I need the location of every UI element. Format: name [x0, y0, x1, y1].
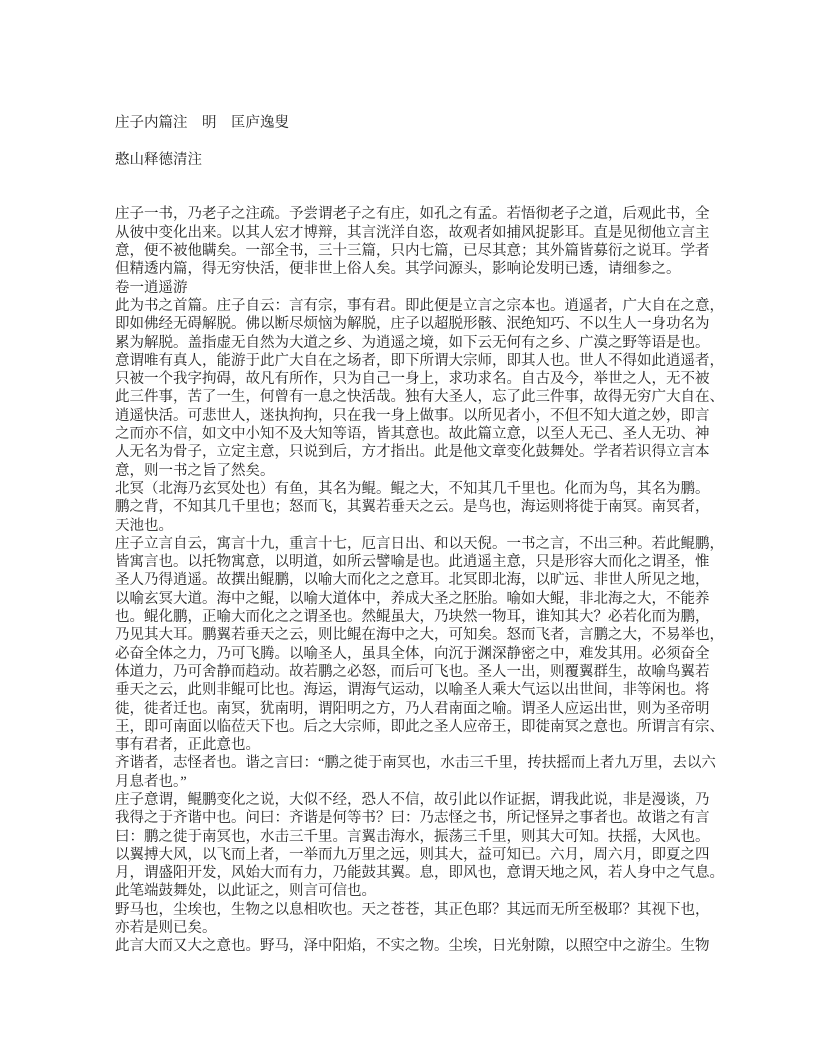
text-line-p5-l7: 体道力，乃可舍静而趋动。故若鹏之必怒，而后可飞也。圣人一出，则覆翼群生，故喻鸟翼… [115, 663, 715, 681]
document-page: 庄子内篇注 明 匡庐逸叟 憨山释德清注 庄子一书，乃老子之注疏。予尝谓老子之有庄… [0, 0, 816, 1056]
text-line-p5-l2: 圣人乃得逍遥。故撰出鲲鹏，以喻大而化之之意耳。北冥即北海，以旷远、非世人所见之地… [115, 571, 715, 589]
text-line-p5-l3: 以喻玄冥大道。海中之鲲，以喻大道体中，养成大圣之胚胎。喻如大鲲，非北海之大，不能… [115, 590, 715, 608]
text-line-p5-l0: 庄子立言自云，寓言十九，重言十七，厄言日出、和以天倪。一书之言，不出三种。若此鲲… [115, 535, 715, 553]
text-line-p5-l6: 必奋全体之力，乃可飞腾。以喻圣人，虽具全体，向沉于渊深静密之中，难发其用。必须奋… [115, 645, 715, 663]
blank-line [115, 132, 715, 150]
text-line-p3-l6: 意，则一书之旨了然矣。 [115, 462, 715, 480]
text-line-p5-l10: 王，即可南面以临莅天下也。后之大宗师，即此之圣人应帝王，即徙南冥之意也。所谓言有… [115, 718, 715, 736]
text-line-p1-l0: 卷一逍遥游 [115, 279, 715, 297]
text-line-p4-l2: 天池也。 [115, 517, 715, 535]
text-line-p7-l0: 庄子意谓，鲲鹏变化之说，大似不经，恐人不信，故引此以作证据，谓我此说，非是漫谈，… [115, 791, 715, 809]
text-line-p8-l0: 野马也，尘埃也，生物之以息相吹也。天之苍苍，其正色耶？其远而无所至极耶？其视下也… [115, 901, 715, 919]
text-line-p5-l4: 也。鲲化鹏，正喻大而化之之谓圣也。然鲲虽大，乃块然一物耳，谁知其大？必若化而为鹏… [115, 608, 715, 626]
text-line-p7-l4: 月，谓盛阳开发，风始大而有力，乃能鼓其翼。息，即风也，意谓天地之风，若人身中之气… [115, 864, 715, 882]
blank-line [115, 187, 715, 205]
text-line-p3-l4: 之而亦不信，如文中小知不及大知等语，皆其意也。故此篇立意，以至人无己、圣人无功、… [115, 425, 715, 443]
text-line-p7-l3: 以翼搏大风，以飞而上者，一举而九万里之远，则其大，益可知已。六月，周六月，即夏之… [115, 846, 715, 864]
text-line-p5-l1: 皆寓言也。以托物寓意，以明道，如所云譬喻是也。此逍遥主意，只是形容大而化之谓圣，… [115, 553, 715, 571]
text-line-p6-l0: 齐谐者，志怪者也。谐之言曰：“鹏之徙于南冥也，水击三千里，抟扶摇而上者九万里，去… [115, 754, 715, 772]
text-line-p3-l0: 意谓唯有真人，能游于此广大自在之场者，即下所谓大宗师，即其人也。世人不得如此逍遥… [115, 352, 715, 370]
text-line-p5-l8: 垂天之云，此则非鲲可比也。海运，谓海气运动，以喻圣人乘大气运以出世间，非等闲也。… [115, 681, 715, 699]
text-line-p8-l1: 亦若是则已矣。 [115, 919, 715, 937]
document-body: 庄子一书，乃老子之注疏。予尝谓老子之有庄，如孔之有孟。若悟彻老子之道，后观此书，… [115, 205, 715, 955]
text-line-p3-l5: 人无名为骨子，立定主意，只说到后，方才指出。此是他文章变化鼓舞处。学者若识得立言… [115, 443, 715, 461]
text-line-p3-l2: 此三件事，苦了一生，何曾有一息之快活哉。独有大圣人，忘了此三件事，故得无穷广大自… [115, 388, 715, 406]
text-line-p6-l1: 月息者也。” [115, 773, 715, 791]
text-line-p0-l2: 意，便不被他瞒矣。一部全书，三十三篇，只内七篇，已尽其意；其外篇皆募衍之说耳。学… [115, 242, 715, 260]
text-line-p3-l3: 逍遥快活。可悲世人，迷执拘拘，只在我一身上做事。以所见者小，不但不知大道之妙，即… [115, 407, 715, 425]
text-line-p4-l0: 北冥（北海乃玄冥处也）有鱼，其名为鲲。鲲之大，不知其几千里也。化而为鸟，其名为鹏… [115, 480, 715, 498]
text-line-p3-l1: 只被一个我字拘碍，故凡有所作，只为自己一身上，求功求名。自古及今，举世之人，无不… [115, 370, 715, 388]
text-line-p7-l1: 我得之于齐谐中也。问曰：齐谐是何等书？曰：乃志怪之书，所记怪异之事者也。故谐之有… [115, 809, 715, 827]
text-line-p5-l5: 乃见其大耳。鹏翼若垂天之云，则比鲲在海中之大，可知矣。怒而飞者，言鹏之大，不易举… [115, 626, 715, 644]
text-line-p9-l0: 此言大而又大之意也。野马，泽中阳焰，不实之物。尘埃，日光射隙，以照空中之游尘。生… [115, 937, 715, 955]
blank-line [115, 169, 715, 187]
document-title: 庄子内篇注 明 匡庐逸叟 [115, 114, 715, 132]
text-line-p7-l5: 此笔端鼓舞处，以此证之，则言可信也。 [115, 882, 715, 900]
text-line-p5-l11: 事有君者，正此意也。 [115, 736, 715, 754]
document-author: 憨山释德清注 [115, 151, 715, 169]
text-line-p4-l1: 鹏之背，不知其几千里也；怒而飞，其翼若垂天之云。是鸟也，海运则将徙于南冥。南冥者… [115, 498, 715, 516]
text-line-p0-l1: 从彼中变化出来。以其人宏才博辩，其言洸洋自恣，故观者如捕风捉影耳。直是见彻他立言… [115, 224, 715, 242]
text-line-p7-l2: 曰：鹏之徙于南冥也，水击三千里。言翼击海水，振荡三千里，则其大可知。扶摇，大风也… [115, 828, 715, 846]
text-line-p5-l9: 徙，徙者迁也。南冥，犹南明，谓阳明之方，乃人君南面之喻。谓圣人应运出世，则为圣帝… [115, 700, 715, 718]
document-content: 庄子内篇注 明 匡庐逸叟 憨山释德清注 庄子一书，乃老子之注疏。予尝谓老子之有庄… [115, 114, 715, 956]
text-line-p2-l1: 即如佛经无碍解脱。佛以断尽烦恼为解脱，庄子以超脱形骸、泯绝知巧、不以生人一身功名… [115, 315, 715, 333]
text-line-p2-l0: 此为书之首篇。庄子自云：言有宗，事有君。即此便是立言之宗本也。逍遥者，广大自在之… [115, 297, 715, 315]
text-line-p0-l0: 庄子一书，乃老子之注疏。予尝谓老子之有庄，如孔之有孟。若悟彻老子之道，后观此书，… [115, 205, 715, 223]
text-line-p2-l2: 累为解脱。盖指虚无自然为大道之乡、为逍遥之境，如下云无何有之乡、广漠之野等语是也… [115, 334, 715, 352]
text-line-p0-l3: 但精透内篇，得无穷快活，便非世上俗人矣。其学问源头，影响论发明已透，请细参之。 [115, 260, 715, 278]
